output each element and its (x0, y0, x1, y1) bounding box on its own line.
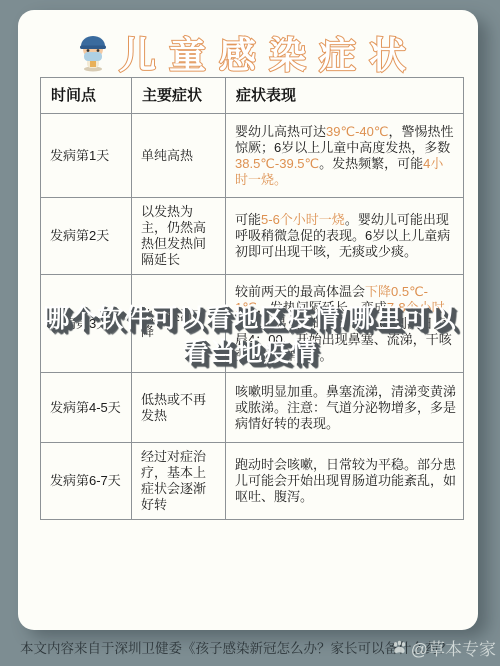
detail-text: 可能 (235, 212, 261, 227)
author-watermark: @草本专家 (390, 633, 496, 661)
detail-text: 。发热频繁，可能 (319, 156, 423, 171)
watermark-text: @草本专家 (411, 635, 496, 660)
detail-text: 跑动时会咳嗽，日常较为平稳。部分患儿可能会开始出现胃肠道功能紊乱，如呕吐、腹泻。 (235, 457, 456, 504)
cell-time: 发病第2天 (41, 198, 132, 275)
header: 儿童感染症状 (18, 26, 478, 78)
detail-text: 较前两天的最高体温会 (235, 284, 365, 299)
col-header-detail: 症状表现 (226, 78, 464, 114)
detail-text: 咳嗽明显加重。鼻塞流涕，清涕变黄涕或脓涕。注意：气道分泌物增多，多是病情好转的表… (235, 384, 456, 431)
cell-symptom-detail: 跑动时会咳嗽，日常较为平稳。部分患儿可能会开始出现胃肠道功能紊乱，如呕吐、腹泻。 (226, 443, 464, 520)
cell-time: 发病第4-5天 (41, 373, 132, 443)
highlighted-text: 39℃-40℃ (326, 124, 388, 139)
cell-main-symptom: 经过对症治疗，基本上症状会逐渐好转 (132, 443, 226, 520)
cell-time: 发病第1天 (41, 114, 132, 198)
cell-symptom-detail: 可能5-6个小时一烧。婴幼儿可能出现呼吸稍微急促的表现。6岁以上儿童病初即可出现… (226, 198, 464, 275)
cell-symptom-detail: 婴幼儿高热可达39℃-40℃，警惕热性惊厥；6岁以上儿童中高度发热，多数38.5… (226, 114, 464, 198)
table-row: 发病第4-5天低热或不再发热咳嗽明显加重。鼻塞流涕，清涕变黄涕或脓涕。注意：气道… (41, 373, 464, 443)
col-header-symptom: 主要症状 (132, 78, 226, 114)
cell-main-symptom: 单纯高热 (132, 114, 226, 198)
overlay-line-1: 哪个软件可以看地区疫情/哪里可以 (0, 301, 500, 335)
cell-main-symptom: 以发热为主，仍然高热但发热间隔延长 (132, 198, 226, 275)
paw-icon (390, 638, 409, 657)
table-row: 发病第6-7天经过对症治疗，基本上症状会逐渐好转跑动时会咳嗽，日常较为平稳。部分… (41, 443, 464, 520)
table-row: 发病第1天单纯高热婴幼儿高热可达39℃-40℃，警惕热性惊厥；6岁以上儿童中高度… (41, 114, 464, 198)
overlay-line-2: 看当地疫情 (0, 335, 500, 369)
masked-child-icon (77, 32, 109, 72)
cell-time: 发病第6-7天 (41, 443, 132, 520)
table-header-row: 时间点 主要症状 症状表现 (41, 78, 464, 114)
highlighted-text: 38.5℃-39.5℃ (235, 156, 319, 171)
symptom-table: 时间点 主要症状 症状表现 发病第1天单纯高热婴幼儿高热可达39℃-40℃，警惕… (40, 77, 464, 520)
table-row: 发病第2天以发热为主，仍然高热但发热间隔延长可能5-6个小时一烧。婴幼儿可能出现… (41, 198, 464, 275)
page-title: 儿童感染症状 (119, 25, 419, 79)
highlighted-text: 5-6个小时一烧 (261, 212, 345, 227)
col-header-time: 时间点 (41, 78, 132, 114)
detail-text: 婴幼儿高热可达 (235, 124, 326, 139)
watermark-title-overlay: 哪个软件可以看地区疫情/哪里可以 看当地疫情 (0, 301, 500, 369)
cell-main-symptom: 低热或不再发热 (132, 373, 226, 443)
infographic-page: { "header": { "title": "儿童感染症状" }, "tabl… (0, 0, 500, 666)
cell-symptom-detail: 咳嗽明显加重。鼻塞流涕，清涕变黄涕或脓涕。注意：气道分泌物增多，多是病情好转的表… (226, 373, 464, 443)
